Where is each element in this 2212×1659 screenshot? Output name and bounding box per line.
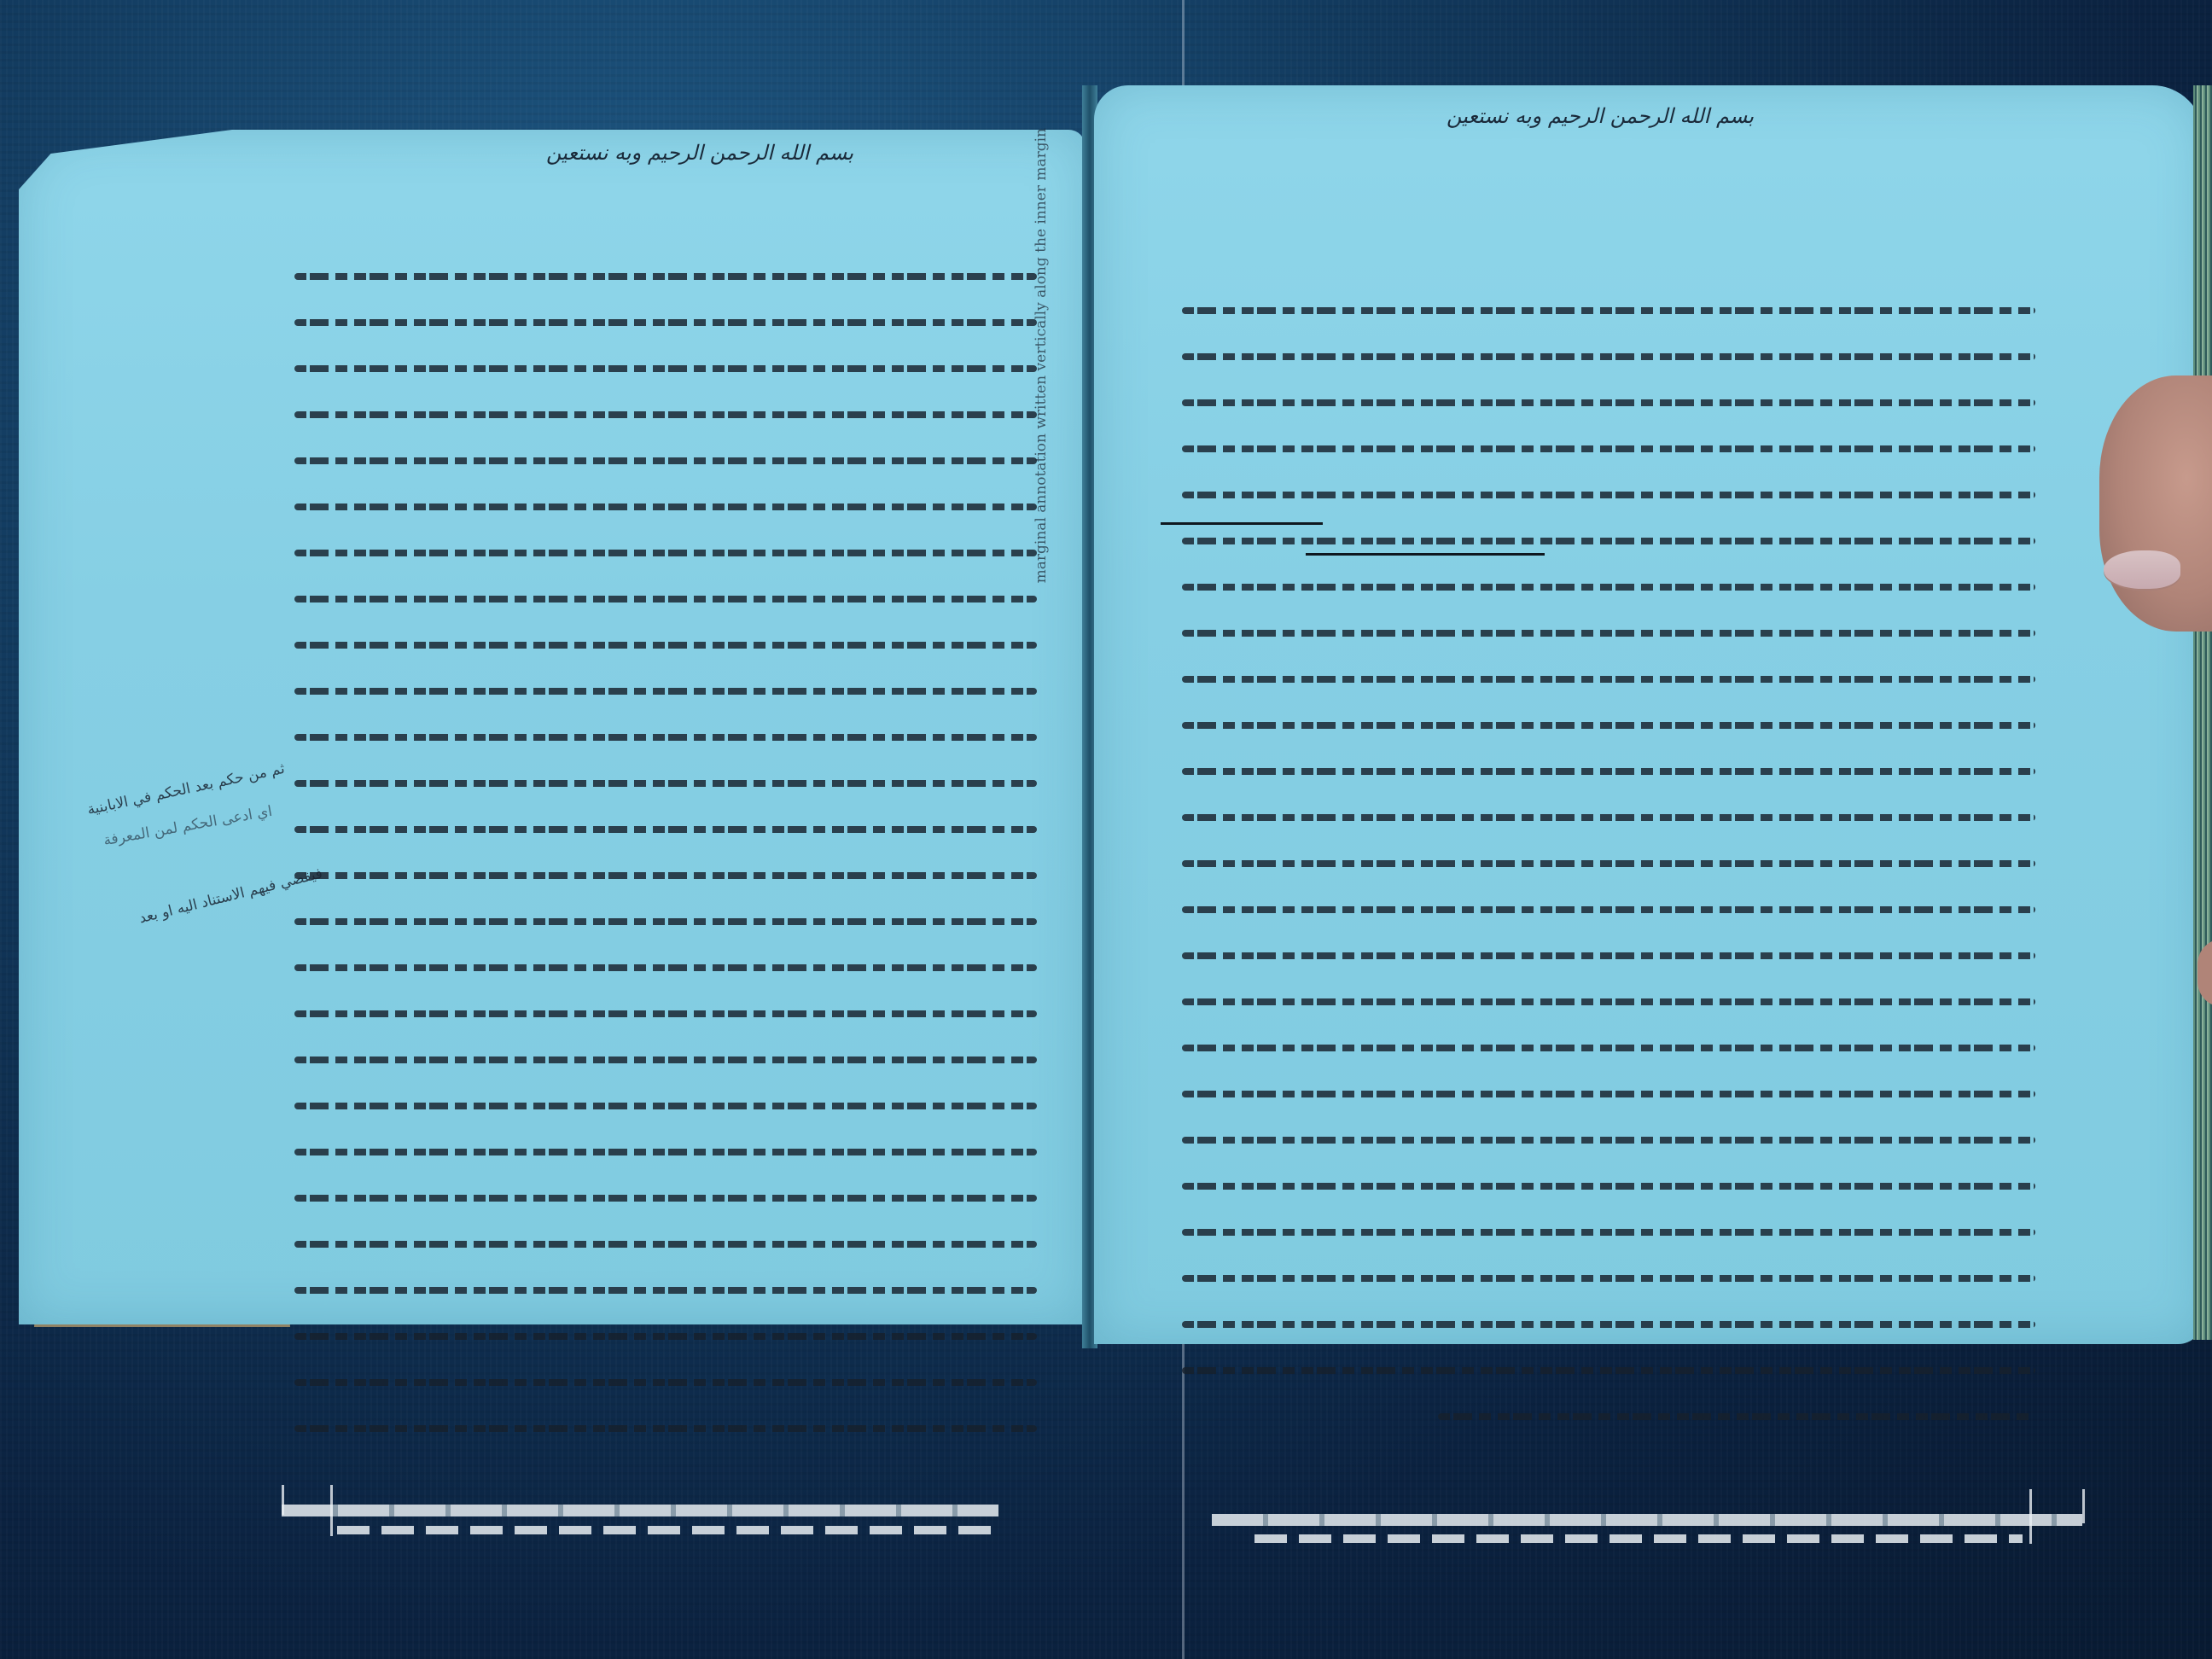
left-page-text	[294, 273, 1037, 1471]
ruler-tick	[2082, 1489, 2085, 1523]
text-line	[1182, 722, 2035, 729]
text-line	[1182, 814, 2035, 821]
text-line	[1182, 1321, 2035, 1328]
text-line	[1182, 538, 2035, 544]
ruler-tick	[2029, 1489, 2032, 1544]
text-line	[1438, 1413, 2035, 1420]
text-line	[294, 1287, 1037, 1294]
text-line	[1182, 998, 2035, 1005]
text-line	[1182, 1275, 2035, 1282]
text-line	[294, 1057, 1037, 1063]
text-line	[294, 457, 1037, 464]
ruler-strip	[1212, 1514, 2082, 1526]
text-line	[294, 411, 1037, 418]
text-line	[294, 872, 1037, 879]
strikethrough	[1306, 553, 1545, 556]
text-line	[1182, 676, 2035, 683]
text-line	[1182, 1229, 2035, 1236]
text-line	[294, 826, 1037, 833]
text-line	[1182, 584, 2035, 591]
text-line	[1182, 630, 2035, 637]
text-line	[294, 642, 1037, 649]
text-line	[294, 1425, 1037, 1432]
text-line	[294, 1149, 1037, 1155]
strikethrough	[1161, 522, 1323, 525]
ruler-dashes	[337, 1526, 1003, 1534]
text-line	[1182, 768, 2035, 775]
right-page-text	[1182, 307, 2035, 1459]
text-line	[294, 688, 1037, 695]
text-line	[1182, 1183, 2035, 1190]
text-line	[1182, 952, 2035, 959]
text-line	[1182, 860, 2035, 867]
text-line	[1182, 1045, 2035, 1051]
text-line	[294, 365, 1037, 372]
text-line	[1182, 1091, 2035, 1097]
text-line	[294, 1103, 1037, 1109]
vertical-margin-note: marginal annotation written vertically a…	[1033, 128, 1050, 896]
text-line	[294, 273, 1037, 280]
ruler-tick	[282, 1485, 284, 1515]
text-line	[294, 1010, 1037, 1017]
text-line	[294, 1333, 1037, 1340]
text-line	[294, 319, 1037, 326]
text-line	[1182, 353, 2035, 360]
text-line	[294, 550, 1037, 556]
text-line	[294, 964, 1037, 971]
text-line	[1182, 399, 2035, 406]
text-line	[1182, 492, 2035, 498]
text-line	[1182, 1137, 2035, 1144]
ruler-dashes	[1254, 1534, 2023, 1543]
text-line	[1182, 307, 2035, 314]
ruler-strip	[282, 1505, 998, 1516]
text-line	[294, 734, 1037, 741]
text-line	[294, 918, 1037, 925]
text-line	[294, 1241, 1037, 1248]
text-line	[294, 780, 1037, 787]
page-edges	[2193, 85, 2212, 1340]
text-line	[294, 596, 1037, 602]
ruler-tick	[330, 1485, 333, 1536]
text-line	[1182, 1367, 2035, 1374]
left-page-header: بسم الله الرحمن الرحيم وبه نستعين	[546, 141, 853, 165]
text-line	[294, 1195, 1037, 1202]
text-line	[294, 1379, 1037, 1386]
right-page-header: بسم الله الرحمن الرحيم وبه نستعين	[1447, 104, 1754, 128]
text-line	[294, 504, 1037, 510]
thumbnail	[2104, 550, 2180, 589]
text-line	[1182, 445, 2035, 452]
text-line	[1182, 906, 2035, 913]
thumb	[2099, 375, 2212, 632]
